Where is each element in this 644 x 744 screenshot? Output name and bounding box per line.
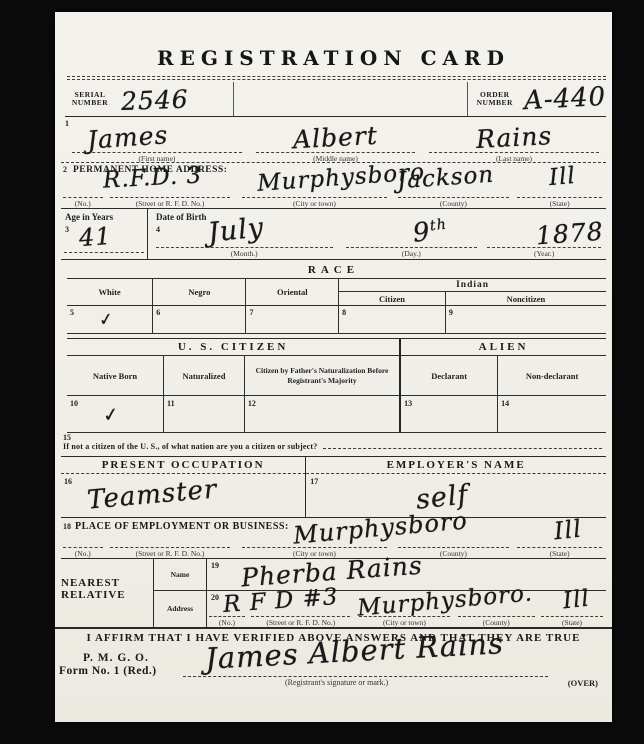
relative-city-label: (City or town) xyxy=(383,618,426,627)
race-white-header: White xyxy=(67,279,153,305)
race-white-cell: 5 ✓ xyxy=(67,305,153,333)
nation-answer-line xyxy=(323,448,602,449)
native-born-cell: 10 ✓ xyxy=(67,396,164,432)
race-indian-noncitizen-cell: 9 xyxy=(446,305,606,333)
serial-order-row: SERIAL NUMBER 2546 ORDER NUMBER A-440 xyxy=(67,82,606,116)
citizenship-table: U. S. CITIZEN ALIEN Native Born Naturali… xyxy=(67,338,606,433)
order-box-divider xyxy=(467,82,468,116)
race-table: White Negro Oriental Indian Citizen Nonc… xyxy=(67,278,606,334)
declarant-cell: 13 xyxy=(401,396,498,432)
relative-name-side-label: Name xyxy=(153,559,207,590)
title-rule xyxy=(67,76,606,77)
naturalized-cell: 11 xyxy=(164,396,245,432)
race-oriental-cell: 7 xyxy=(246,305,339,333)
home-address-row: 2 PERMANENT HOME ADDRESS: R.F.D. 3 Murph… xyxy=(61,162,606,209)
line-number-20: 20 xyxy=(211,593,219,602)
age-birth-row: Age in Years 3 41 Date of Birth 4 July 9… xyxy=(61,208,606,260)
citizen-cell-10-number: 10 xyxy=(70,399,78,408)
citizen-cell-14-number: 14 xyxy=(501,399,509,408)
race-cell-8-number: 8 xyxy=(342,308,346,317)
birth-day-label: (Day.) xyxy=(402,249,421,258)
first-name-value: James xyxy=(86,120,169,155)
occupation-cell: 16 Teamster xyxy=(61,474,306,518)
relative-label: RELATIVE xyxy=(61,589,153,601)
signature-label: (Registrant's signature or mark.) xyxy=(285,678,388,687)
line-number-17: 17 xyxy=(310,477,318,486)
birth-month-value: July xyxy=(207,212,266,249)
birth-day-value: 9th xyxy=(412,215,449,248)
naturalized-header: Naturalized xyxy=(164,356,245,396)
address-county-label: (County) xyxy=(440,199,467,208)
middle-name-value: Albert xyxy=(292,121,378,154)
race-indian-header: Indian xyxy=(339,279,606,292)
race-cell-9-number: 9 xyxy=(449,308,453,317)
line-number-4: 4 xyxy=(156,225,160,234)
address-street-label: (Street or R. F. D. No.) xyxy=(136,199,205,208)
address-county-value: Jackson xyxy=(396,162,495,195)
relative-no-label: (No.) xyxy=(219,618,235,627)
serial-number-label: SERIAL NUMBER xyxy=(67,91,113,108)
title-rule-2 xyxy=(67,79,606,80)
citizen-cell-13-number: 13 xyxy=(404,399,412,408)
citizen-cell-11-number: 11 xyxy=(167,399,175,408)
age-in-years-label: Age in Years xyxy=(65,212,147,222)
order-number-value: A-440 xyxy=(523,82,607,116)
relative-address-side-label: Address xyxy=(153,591,207,627)
employment-state-label: (State) xyxy=(550,549,570,558)
page-title: REGISTRATION CARD xyxy=(55,46,612,70)
address-no-label: (No.) xyxy=(75,199,91,208)
address-state-label: (State) xyxy=(550,199,570,208)
race-cell-7-number: 7 xyxy=(249,308,253,317)
line-number-19: 19 xyxy=(211,561,219,570)
employment-place-row: 18 PLACE OF EMPLOYMENT OR BUSINESS: Murp… xyxy=(61,517,606,559)
declarant-header: Declarant xyxy=(401,356,498,396)
race-oriental-header: Oriental xyxy=(246,279,339,305)
name-row: 1 James (First name) Albert (Middle name… xyxy=(65,116,606,163)
employers-name-header: EMPLOYER'S NAME xyxy=(306,457,606,474)
race-indian-noncitizen-header: Noncitizen xyxy=(446,292,606,305)
citizen-cell-12-number: 12 xyxy=(248,399,256,408)
address-street-value: R.F.D. 3 xyxy=(102,162,202,193)
race-indian-citizen-cell: 8 xyxy=(339,305,446,333)
us-citizen-header: U. S. CITIZEN xyxy=(67,339,401,356)
registration-card: REGISTRATION CARD SERIAL NUMBER 2546 ORD… xyxy=(55,12,612,722)
race-cell-5-number: 5 xyxy=(70,308,74,317)
nearest-relative-section: NEAREST RELATIVE Name 19 Pherba Rains Ad… xyxy=(61,558,606,627)
citizen-by-father-cell: 12 xyxy=(245,396,401,432)
age-value: 41 xyxy=(78,222,112,252)
order-number-label: ORDER NUMBER xyxy=(472,91,518,108)
nation-question-text: If not a citizen of the U. S., of what n… xyxy=(63,442,317,451)
race-section-title: RACE xyxy=(55,264,612,276)
employment-county-label: (County) xyxy=(440,549,467,558)
race-white-checkmark: ✓ xyxy=(98,309,116,331)
employment-place-heading: PLACE OF EMPLOYMENT OR BUSINESS: xyxy=(75,521,289,532)
signature-line xyxy=(183,676,548,677)
race-negro-cell: 6 xyxy=(153,305,246,333)
scanned-photo-background: REGISTRATION CARD SERIAL NUMBER 2546 ORD… xyxy=(0,0,644,744)
address-city-label: (City or town) xyxy=(293,199,336,208)
over-label: (OVER) xyxy=(568,678,598,688)
line-number-16: 16 xyxy=(64,477,72,486)
birth-month-label: (Month.) xyxy=(231,249,258,258)
relative-address-state-value: Ill xyxy=(562,585,591,614)
footer: P. M. G. O. Form No. 1 (Red.) James Albe… xyxy=(55,648,612,690)
alien-header: ALIEN xyxy=(401,339,606,356)
race-indian-citizen-header: Citizen xyxy=(339,292,446,305)
nation-question-row: 15 If not a citizen of the U. S., of wha… xyxy=(63,433,606,455)
race-negro-header: Negro xyxy=(153,279,246,305)
non-declarant-header: Non-declarant xyxy=(498,356,606,396)
non-declarant-cell: 14 xyxy=(498,396,606,432)
age-underline xyxy=(64,252,144,253)
affirmation-rule xyxy=(55,627,612,629)
line-number-1: 1 xyxy=(65,119,69,128)
serial-number-value: 2546 xyxy=(121,83,234,116)
race-cell-6-number: 6 xyxy=(156,308,160,317)
relative-state-label: (State) xyxy=(562,618,582,627)
birth-year-value: 1878 xyxy=(535,217,604,251)
native-born-header: Native Born xyxy=(67,356,164,396)
line-number-18: 18 xyxy=(63,522,71,531)
present-occupation-header: PRESENT OCCUPATION xyxy=(61,457,306,474)
line-number-3: 3 xyxy=(65,225,69,234)
occupation-employer-table: PRESENT OCCUPATION EMPLOYER'S NAME 16 Te… xyxy=(61,456,606,518)
native-born-checkmark: ✓ xyxy=(102,403,122,427)
employment-state-value: Ill xyxy=(553,515,584,546)
birth-year-label: (Year.) xyxy=(534,249,554,258)
employment-street-label: (Street or R. F. D. No.) xyxy=(136,549,205,558)
citizen-by-father-header: Citizen by Father's Naturalization Befor… xyxy=(245,356,401,396)
line-number-2: 2 xyxy=(63,165,67,174)
line-number-15: 15 xyxy=(63,433,71,442)
relative-street-label: (Street or R. F. D. No.) xyxy=(266,618,335,627)
occupation-value: Teamster xyxy=(86,474,219,515)
nearest-relative-heading: NEAREST RELATIVE xyxy=(61,559,153,627)
relative-address-row: Address 20 R F D #3 Murphysboro. Ill (No… xyxy=(153,591,606,627)
pmgo-label: P. M. G. O. xyxy=(83,652,149,664)
last-name-value: Rains xyxy=(475,121,553,154)
address-state-value: Ill xyxy=(548,163,577,191)
form-number-label: Form No. 1 (Red.) xyxy=(59,665,157,677)
employment-no-label: (No.) xyxy=(75,549,91,558)
nearest-label: NEAREST xyxy=(61,577,153,589)
relative-name-row: Name 19 Pherba Rains xyxy=(153,559,606,591)
